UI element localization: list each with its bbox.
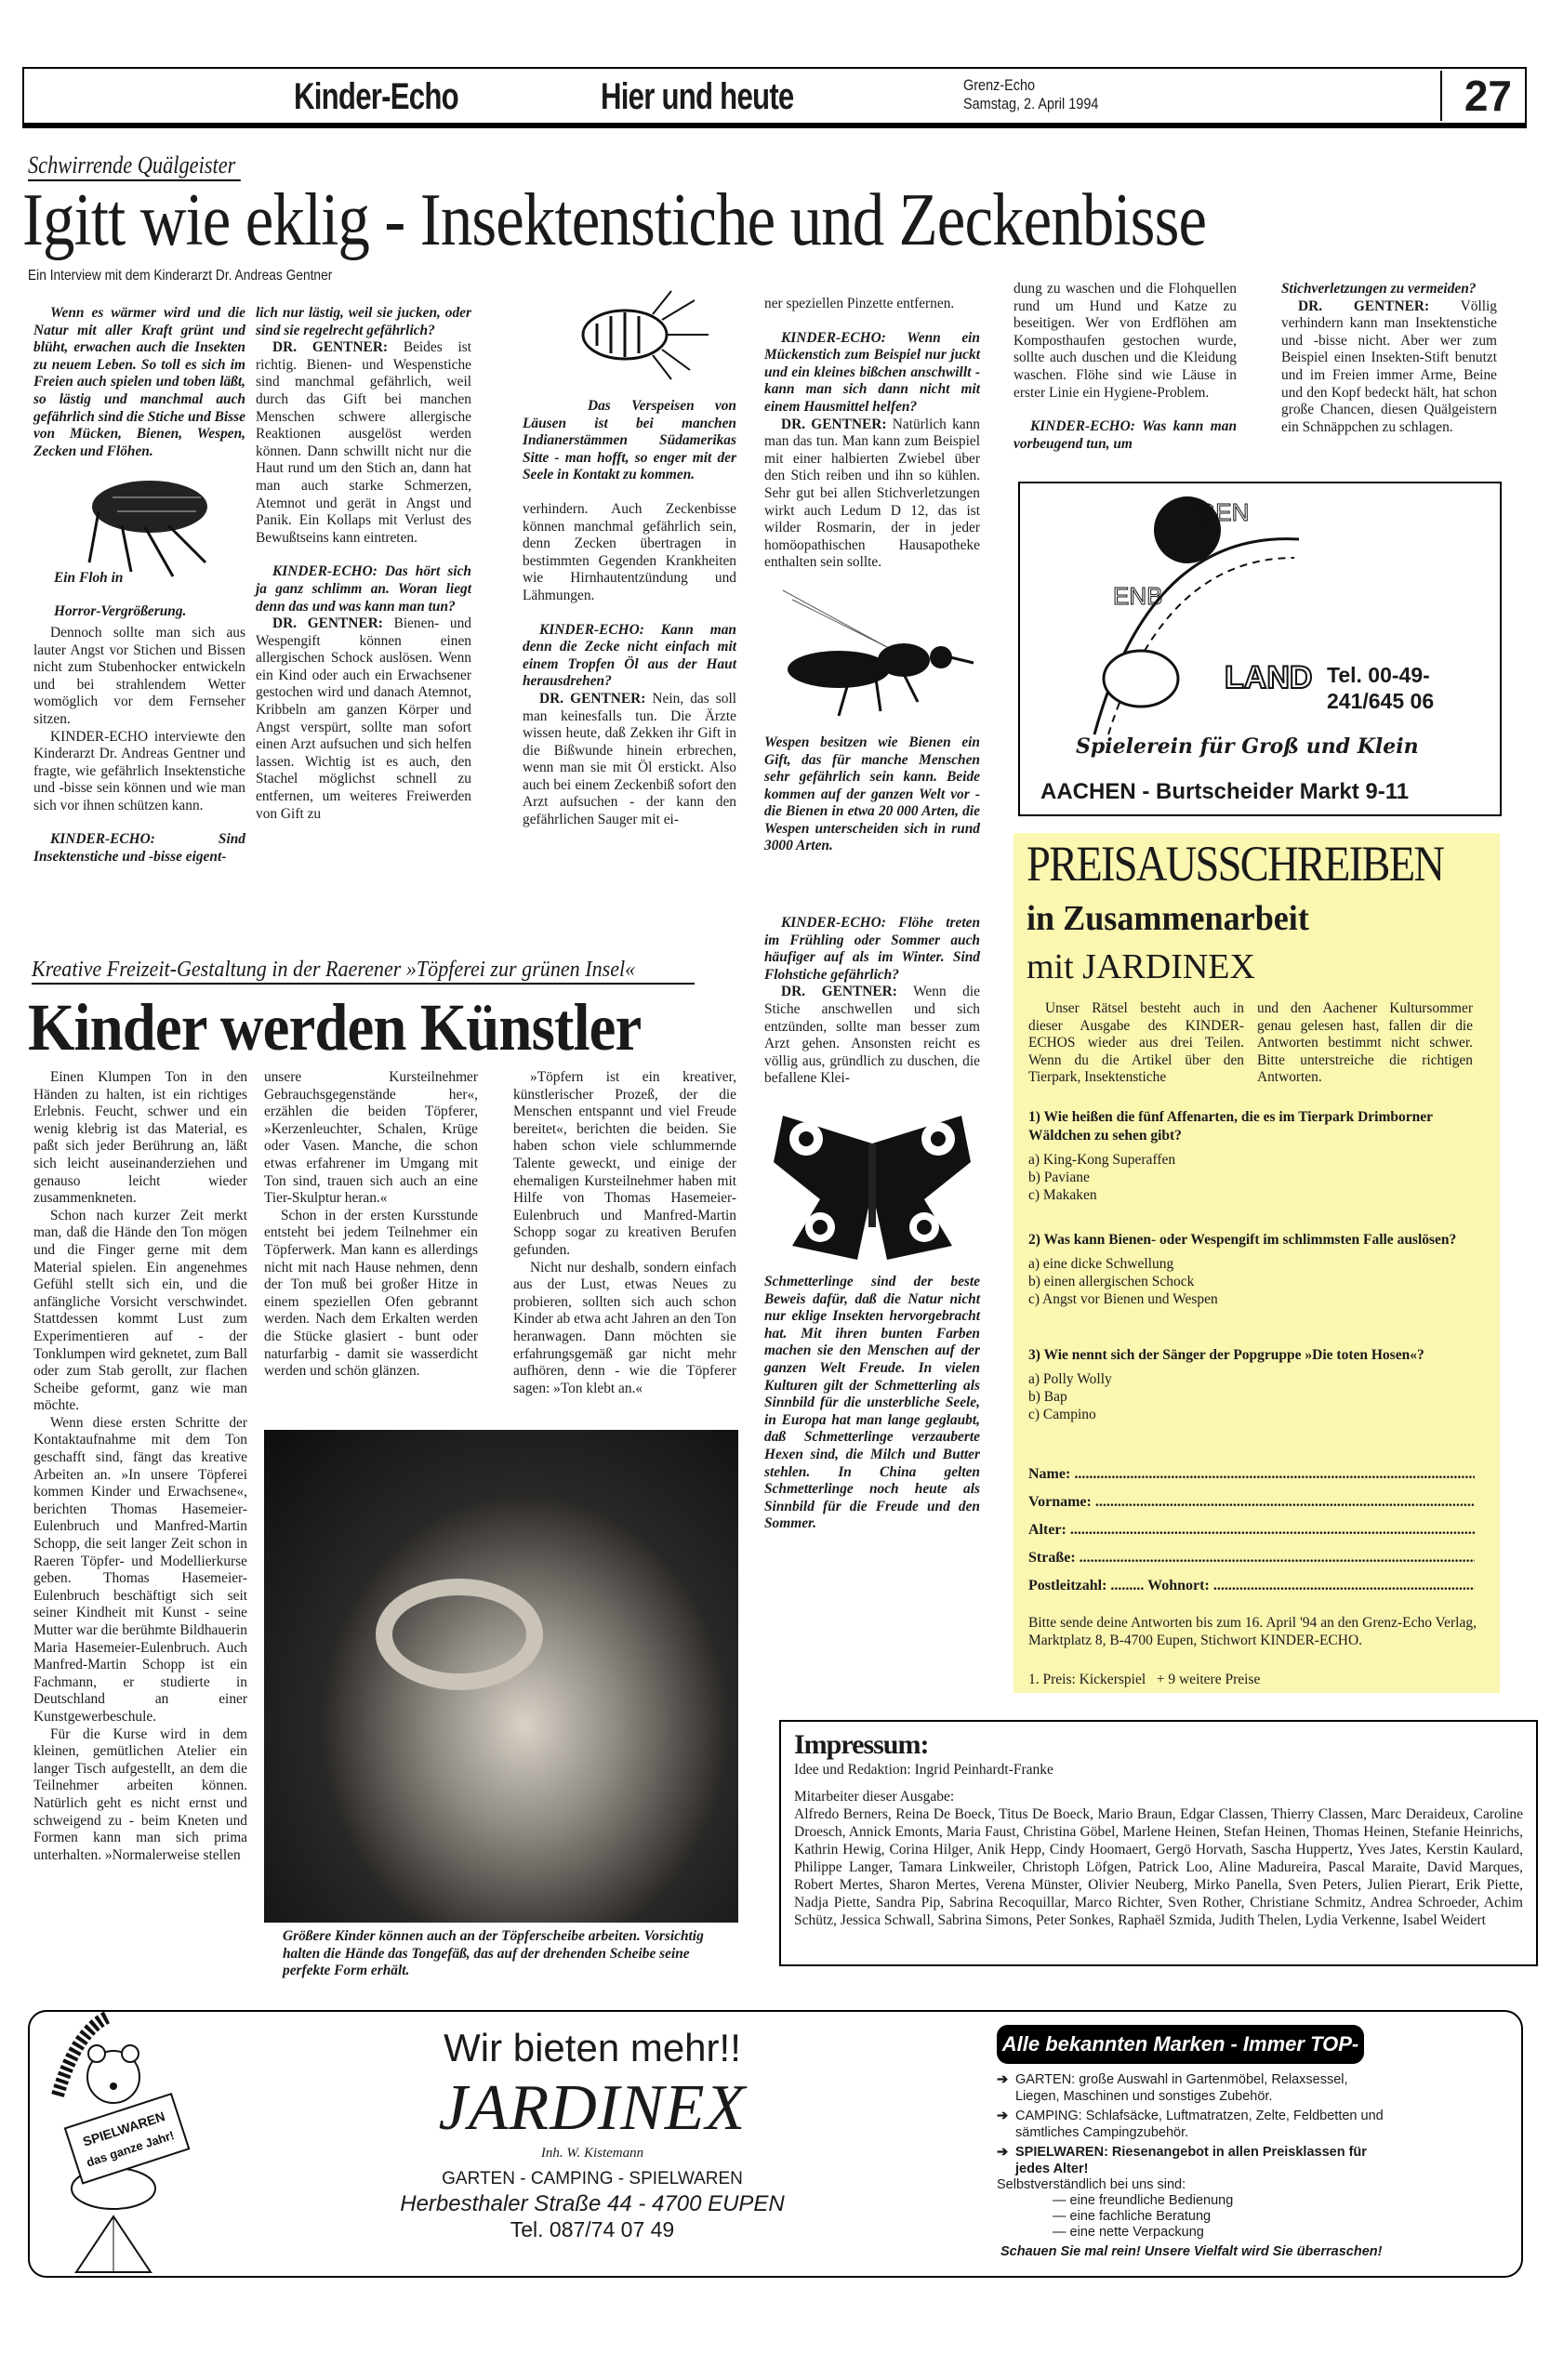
svg-text:LAND: LAND [1225, 660, 1312, 695]
louse-caption: Das Verspeisen von Läusen ist bei manche… [523, 398, 736, 484]
impressum-contributors-label: Mitarbeiter dieser Ausgabe: [794, 1788, 1523, 1805]
article2-paragraph: Wenn diese ersten Schritte der Kontaktau… [33, 1415, 247, 1726]
article1-paragraph: verhindern. Auch Zeckenbisse können manc… [523, 501, 736, 605]
answer-option[interactable]: c) Angst vor Bienen und Wespen [1028, 1290, 1475, 1308]
article2-paragraph: Für die Kurse wird in dem kleinen, gemüt… [33, 1726, 247, 1865]
contest-form: Name: ..................................… [1028, 1465, 1475, 1605]
answer-option[interactable]: a) King-Kong Superaffen [1028, 1151, 1475, 1169]
article1-column-5: dung zu waschen und die Flohquellen rund… [1013, 281, 1237, 453]
article1-paragraph: Dennoch sollte man sich aus lauter Angst… [33, 625, 245, 729]
article2-headline: Kinder werden Künstler [28, 987, 641, 1067]
speaker-label: DR. GENTNER: [272, 339, 388, 355]
louse-icon [523, 286, 736, 398]
jardinex-offers: Alle bekannten Marken - Immer TOP-Angebo… [969, 2025, 1508, 2260]
jardinex-closing: Schauen Sie mal rein! Unsere Vielfalt wi… [1000, 2244, 1508, 2260]
answer-option[interactable]: b) einen allergischen Schock [1028, 1273, 1475, 1290]
contest-instructions: Bitte sende deine Antworten bis zum 16. … [1028, 1614, 1477, 1649]
name-field[interactable]: Name: ..................................… [1028, 1465, 1475, 1493]
contest-question-1: 1) Wie heißen die fünf Affenarten, die e… [1028, 1108, 1475, 1204]
paper-name: Grenz-Echo [963, 76, 1098, 95]
pottery-wheel-shape [376, 1579, 543, 1690]
jardinex-slogan: Wir bieten mehr!! [323, 2023, 862, 2073]
article2-paragraph: unsere Kursteilnehmer Gebrauchsgegenstän… [264, 1069, 478, 1208]
contest-subtitle-2: mit JARDINEX [1027, 946, 1255, 987]
interview-question: KINDER-ECHO: Wenn ein Mückenstich zum Be… [764, 330, 980, 416]
contest-question-3: 3) Wie nennt sich der Sänger der Popgrup… [1028, 1346, 1475, 1423]
arrow-right-icon: ➔ [997, 2071, 1008, 2088]
speaker-label: DR. GENTNER: [539, 691, 645, 707]
wasp-caption: Wespen besitzen wie Bienen ein Gift, das… [764, 734, 980, 855]
jardinex-phone: Tel. 087/74 07 49 [323, 2217, 862, 2242]
impressum-box: Impressum: Idee und Redaktion: Ingrid Pe… [779, 1720, 1538, 1966]
butterfly-illustration [764, 1106, 980, 1274]
regenbogenland-phone: Tel. 00-49- 241/645 06 [1327, 662, 1434, 714]
wasp-icon [764, 572, 980, 734]
interview-question: KINDER-ECHO: Flöhe treten im Frühling od… [764, 915, 980, 984]
article1-headline: Igitt wie eklig - Insektenstiche und Zec… [22, 177, 1206, 265]
interview-question: Stichverletzungen zu vermeiden? [1281, 281, 1497, 298]
jardinex-banner: Alle bekannten Marken - Immer TOP-Angebo… [997, 2025, 1364, 2064]
butterfly-icon [764, 1106, 980, 1274]
article2-paragraph: »Töpfern ist ein kreativer, künstlerisch… [513, 1069, 736, 1260]
regenbogenland-logo-icon: GEN ENB LAND [1057, 493, 1318, 753]
article2-paragraph: Schon in der ersten Kursstunde entsteht … [264, 1208, 478, 1381]
speaker-label: DR. GENTNER: [781, 984, 897, 999]
article1-paragraph: dung zu waschen und die Flohquellen rund… [1013, 281, 1237, 402]
jardinex-main: Wir bieten mehr!! JARDINEX Inh. W. Kiste… [323, 2012, 862, 2242]
contest-subtitle-1: in Zusammenarbeit [1027, 898, 1309, 939]
flea-caption-line2: Horror-Vergrößerung. [33, 603, 245, 621]
answer-option[interactable]: b) Bap [1028, 1388, 1475, 1406]
contest-question-2: 2) Was kann Bienen- oder Wespengift im s… [1028, 1231, 1475, 1308]
svg-text:GEN: GEN [1197, 498, 1249, 526]
impressum-contributors: Alfredo Berners, Reina De Boeck, Titus D… [794, 1805, 1523, 1929]
article1-column-2: lich nur lästig, weil sie jucken, oder s… [256, 305, 471, 823]
interview-question: lich nur lästig, weil sie jucken, oder s… [256, 305, 471, 339]
section-title-hier-und-heute: Hier und heute [601, 76, 794, 118]
article2-column-2: unsere Kursteilnehmer Gebrauchsgegenstän… [264, 1069, 478, 1381]
interview-answer: Beides ist richtig. Bienen- und Wespenst… [256, 339, 471, 546]
masthead: Kinder-Echo Hier und heute Grenz-Echo Sa… [22, 67, 1527, 128]
regenbogenland-address: AACHEN - Burtscheider Markt 9-11 [1040, 779, 1409, 805]
interview-answer: Nein, das soll man keinesfalls tun. Die … [523, 691, 736, 827]
article1-column-3: Das Verspeisen von Läusen ist bei manche… [523, 286, 736, 829]
interview-answer: Natürlich kann man das tun. Man kann zum… [764, 416, 980, 571]
article1-column-6: Stichverletzungen zu vermeiden? DR. GENT… [1281, 281, 1497, 436]
article2-paragraph: Nicht nur deshalb, sondern einfach aus d… [513, 1260, 736, 1398]
jardinex-brand: JARDINEX [323, 2073, 862, 2144]
interview-question: KINDER-ECHO: Kann man denn die Zecke nic… [523, 622, 736, 691]
speaker-label: DR. GENTNER: [781, 416, 887, 432]
answer-option[interactable]: c) Campino [1028, 1406, 1475, 1423]
pottery-photo-caption: Größere Kinder können auch an der Töpfer… [283, 1928, 738, 1980]
regenbogenland-tagline: Spielerein für Groß und Klein [1076, 734, 1419, 759]
speaker-label: DR. GENTNER: [1298, 298, 1429, 314]
contest-prize: 1. Preis: Kickerspiel + 9 weitere Preise [1028, 1672, 1260, 1688]
plz-wohnort-field[interactable]: Postleitzahl: ......... Wohnort: .......… [1028, 1577, 1475, 1605]
flea-caption-line1: Ein Floh in [54, 570, 123, 588]
impressum-body: Idee und Redaktion: Ingrid Peinhardt-Fra… [794, 1761, 1523, 1929]
wasp-illustration [764, 572, 980, 734]
paper-info: Grenz-Echo Samstag, 2. April 1994 [963, 76, 1098, 113]
article2-kicker: Kreative Freizeit-Gestaltung in der Raer… [32, 958, 695, 985]
answer-option[interactable]: c) Makaken [1028, 1186, 1475, 1204]
answer-option[interactable]: a) eine dicke Schwellung [1028, 1255, 1475, 1273]
arrow-right-icon: ➔ [997, 2144, 1008, 2161]
speaker-label: DR. GENTNER: [272, 615, 383, 631]
offer-spielwaren: ➔SPIELWAREN: Riesenangebot in allen Prei… [997, 2144, 1392, 2177]
article1-lead: Wenn es wärmer wird und die Natur mit al… [33, 305, 245, 460]
louse-illustration [523, 286, 736, 398]
perk-item: — eine nette Verpackung [1053, 2225, 1508, 2241]
contest-intro-left: Unser Rätsel besteht auch in dieser Ausg… [1028, 1000, 1244, 1087]
perk-item: — eine fachliche Beratung [1053, 2209, 1508, 2225]
arrow-right-icon: ➔ [997, 2108, 1008, 2124]
jardinex-categories: GARTEN - CAMPING - SPIELWAREN [323, 2169, 862, 2189]
perks-label: Selbstverständlich bei uns sind: [997, 2177, 1508, 2193]
pottery-photo [264, 1430, 738, 1923]
article1-paragraph: KINDER-ECHO interviewte den Kinderarzt D… [33, 729, 245, 815]
interview-question: KINDER-ECHO: Das hört sich ja ganz schli… [256, 563, 471, 615]
article1-column-4: ner speziellen Pinzette entfernen. KINDE… [764, 296, 980, 1533]
jardinex-address: Herbesthaler Straße 44 - 4700 EUPEN [323, 2191, 862, 2217]
contest-title: PREISAUSSCHREIBEN [1027, 835, 1443, 892]
impressum-title: Impressum: [794, 1729, 1523, 1761]
article2-paragraph: Schon nach kurzer Zeit merkt man, daß di… [33, 1208, 247, 1415]
article1-paragraph: ner speziellen Pinzette entfernen. [764, 296, 980, 313]
flea-illustration: Ein Floh in [33, 460, 245, 600]
section-title-kinder-echo: Kinder-Echo [294, 76, 458, 118]
article2-paragraph: Einen Klumpen Ton in den Händen zu halte… [33, 1069, 247, 1208]
answer-option[interactable]: b) Paviane [1028, 1169, 1475, 1186]
interview-question: KINDER-ECHO: Sind Insektenstiche und -bi… [33, 831, 245, 866]
interview-question: KINDER-ECHO: Was kann man vorbeugend tun… [1013, 418, 1237, 453]
issue-date: Samstag, 2. April 1994 [963, 95, 1098, 113]
contest-intro-right: und den Aachener Kultursommer genau gele… [1257, 1000, 1473, 1087]
vorname-field[interactable]: Vorname: ...............................… [1028, 1493, 1475, 1521]
offer-camping: ➔CAMPING: Schlafsäcke, Luftmatratzen, Ze… [997, 2108, 1392, 2141]
article2-column-1: Einen Klumpen Ton in den Händen zu halte… [33, 1069, 247, 1864]
ad-regenbogenland: GEN ENB LAND Tel. 00-49- 241/645 06 Spie… [1018, 482, 1502, 816]
alter-field[interactable]: Alter: .................................… [1028, 1521, 1475, 1549]
contest-box: PREISAUSSCHREIBEN in Zusammenarbeit mit … [1013, 833, 1500, 1693]
article1-column-1: Wenn es wärmer wird und die Natur mit al… [33, 305, 245, 866]
perk-item: — eine freundliche Bedienung [1053, 2193, 1508, 2209]
jardinex-owner: Inh. W. Kistemann [323, 2146, 862, 2162]
interview-answer: Bienen- und Wespengift können einen alle… [256, 615, 471, 822]
offer-garten: ➔GARTEN: große Auswahl in Gartenmöbel, R… [997, 2071, 1392, 2105]
impressum-editor: Idee und Redaktion: Ingrid Peinhardt-Fra… [794, 1761, 1523, 1778]
answer-option[interactable]: a) Polly Wolly [1028, 1370, 1475, 1388]
strasse-field[interactable]: Straße: ................................… [1028, 1549, 1475, 1577]
interview-answer: Völlig verhindern kann man Insektenstich… [1281, 298, 1497, 435]
page-number: 27 [1440, 71, 1512, 121]
article1-byline: Ein Interview mit dem Kinderarzt Dr. And… [28, 268, 332, 284]
teddy-bear-icon: SPIELWAREN das ganze Jahr! [39, 2012, 262, 2277]
ad-jardinex: SPIELWAREN das ganze Jahr! Wir bieten me… [28, 2010, 1523, 2278]
butterfly-caption: Schmetterlinge sind der beste Beweis daf… [764, 1274, 980, 1533]
article2-column-3: »Töpfern ist ein kreativer, künstlerisch… [513, 1069, 736, 1397]
svg-text:ENB: ENB [1113, 582, 1162, 610]
